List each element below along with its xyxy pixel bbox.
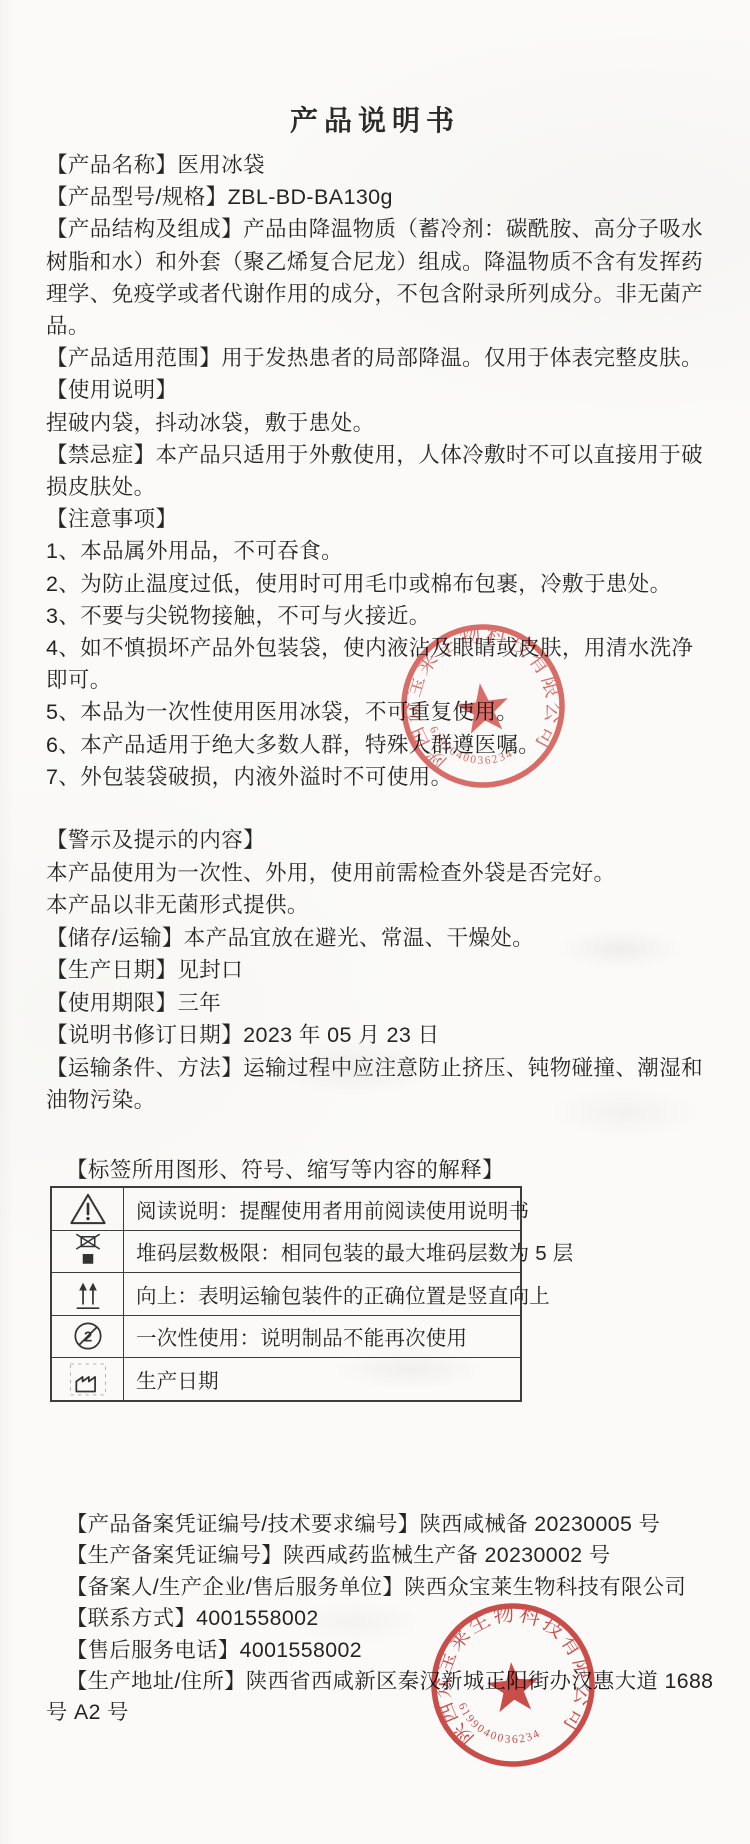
page-title: 产品说明书	[0, 99, 750, 139]
this-way-up-icon	[71, 1275, 105, 1313]
doc-line: 损皮肤处。	[46, 471, 718, 503]
doc-line: 【警示及提示的内容】	[46, 824, 718, 857]
main-text-block: 【产品名称】医用冰袋 【产品型号/规格】ZBL-BD-BA130g 【产品结构及…	[46, 149, 718, 793]
warning-text-block: 【警示及提示的内容】 本产品使用为一次性、外用，使用前需检查外袋是否完好。 本产…	[46, 824, 718, 1117]
symbol-description: 生产日期	[124, 1358, 520, 1400]
table-row: 阅读说明：提醒使用者用前阅读使用说明书	[52, 1188, 520, 1230]
doc-line: 【售后服务电话】4001558002	[66, 1635, 726, 1666]
doc-line: 【说明书修订日期】2023 年 05 月 23 日	[46, 1019, 718, 1052]
doc-line: 捏破内袋，抖动冰袋，敷于患处。	[46, 407, 718, 439]
doc-line: 1、本品属外用品，不可吞食。	[46, 535, 718, 567]
doc-line: 3、不要与尖锐物接触，不可与火接近。	[46, 600, 718, 632]
doc-line: 【产品型号/规格】ZBL-BD-BA130g	[46, 181, 718, 213]
doc-line: 【生产日期】见封口	[46, 954, 718, 987]
doc-line: 【注意事项】	[46, 503, 718, 535]
doc-line: 【产品备案凭证编号/技术要求编号】陕西咸械备 20230005 号	[66, 1509, 726, 1540]
doc-line: 【使用期限】三年	[46, 987, 718, 1020]
seal-star-icon	[454, 680, 512, 735]
doc-line: 即可。	[46, 664, 718, 696]
doc-line: 【运输条件、方法】运输过程中应注意防止挤压、钝物碰撞、潮湿和	[46, 1052, 718, 1085]
doc-line: 油物污染。	[46, 1084, 718, 1117]
manufacture-date-icon	[68, 1359, 108, 1399]
seal-star-icon	[485, 1660, 540, 1713]
doc-line: 2、为防止温度过低，使用时可用毛巾或棉布包裹，冷敷于患处。	[46, 568, 718, 600]
doc-line: 【禁忌症】本产品只适用于外敷使用，人体冷敷时不可以直接用于破	[46, 439, 718, 471]
doc-line: 4、如不慎损坏产品外包装袋，使内液沾及眼睛或皮肤，用清水洗净	[46, 632, 718, 664]
doc-line: 【备案人/生产企业/售后服务单位】陕西众宝莱生物科技有限公司	[66, 1572, 726, 1603]
symbol-description: 阅读说明：提醒使用者用前阅读使用说明书	[124, 1188, 529, 1230]
table-row: 2 一次性使用：说明制品不能再次使用	[52, 1315, 520, 1358]
caution-icon	[68, 1189, 108, 1229]
table-row: 向上：表明运输包装件的正确位置是竖直向上	[52, 1272, 520, 1315]
doc-line: 本产品以非无菌形式提供。	[46, 889, 718, 922]
table-row: 生产日期	[52, 1357, 520, 1400]
doc-line: 【使用说明】	[46, 374, 718, 406]
symbol-description: 堆码层数极限：相同包装的最大堆码层数为 5 层	[124, 1231, 573, 1273]
doc-line: 【储存/运输】本产品宜放在避光、常温、干燥处。	[46, 922, 718, 955]
doc-line: 本产品使用为一次性、外用，使用前需检查外袋是否完好。	[46, 857, 718, 890]
single-use-icon: 2	[69, 1317, 107, 1355]
stacking-limit-icon	[70, 1231, 106, 1271]
table-row: 堆码层数极限：相同包装的最大堆码层数为 5 层	[52, 1230, 520, 1273]
registration-text-block: 【产品备案凭证编号/技术要求编号】陕西咸械备 20230005 号 【生产备案凭…	[66, 1509, 726, 1729]
doc-line: 6、本产品适用于绝大多数人群，特殊人群遵医嘱。	[46, 729, 718, 761]
doc-line: 【生产备案凭证编号】陕西咸药监械生产备 20230002 号	[66, 1540, 726, 1571]
doc-line: 树脂和水）和外套（聚乙烯复合尼龙）组成。降温物质不含有发挥药	[46, 246, 718, 278]
doc-line: 7、外包装袋破损，内液外溢时不可使用。	[46, 761, 718, 793]
doc-line: 【产品结构及组成】产品由降温物质（蓄冷剂：碳酰胺、高分子吸水	[46, 213, 718, 245]
symbol-description: 向上：表明运输包装件的正确位置是竖直向上	[124, 1273, 550, 1315]
doc-line: 号 A2 号	[46, 1697, 726, 1728]
symbols-table: 阅读说明：提醒使用者用前阅读使用说明书 堆码层数极限：相同包装的最大堆码层数为 …	[50, 1186, 522, 1402]
symbol-description: 一次性使用：说明制品不能再次使用	[124, 1316, 520, 1358]
doc-line: 品。	[46, 310, 718, 342]
doc-line: 【产品适用范围】用于发热患者的局部降温。仅用于体表完整皮肤。	[46, 342, 718, 374]
company-seal: 陕西众宝莱生物科技有限公司 6199040036234	[427, 1599, 599, 1771]
company-seal: 陕西众宝莱生物科技有限公司 6199040036234	[397, 620, 569, 792]
doc-line: 【产品名称】医用冰袋	[46, 149, 718, 181]
doc-line: 【生产地址/住所】陕西省西咸新区秦汉新城正阳街办汉惠大道 1688	[66, 1666, 726, 1697]
doc-line: 理学、免疫学或者代谢作用的成分，不包含附录所列成分。非无菌产	[46, 278, 718, 310]
symbols-table-heading: 【标签所用图形、符号、缩写等内容的解释】	[66, 1153, 504, 1184]
doc-line: 【联系方式】4001558002	[66, 1603, 726, 1634]
doc-line: 5、本品为一次性使用医用冰袋，不可重复使用。	[46, 696, 718, 728]
